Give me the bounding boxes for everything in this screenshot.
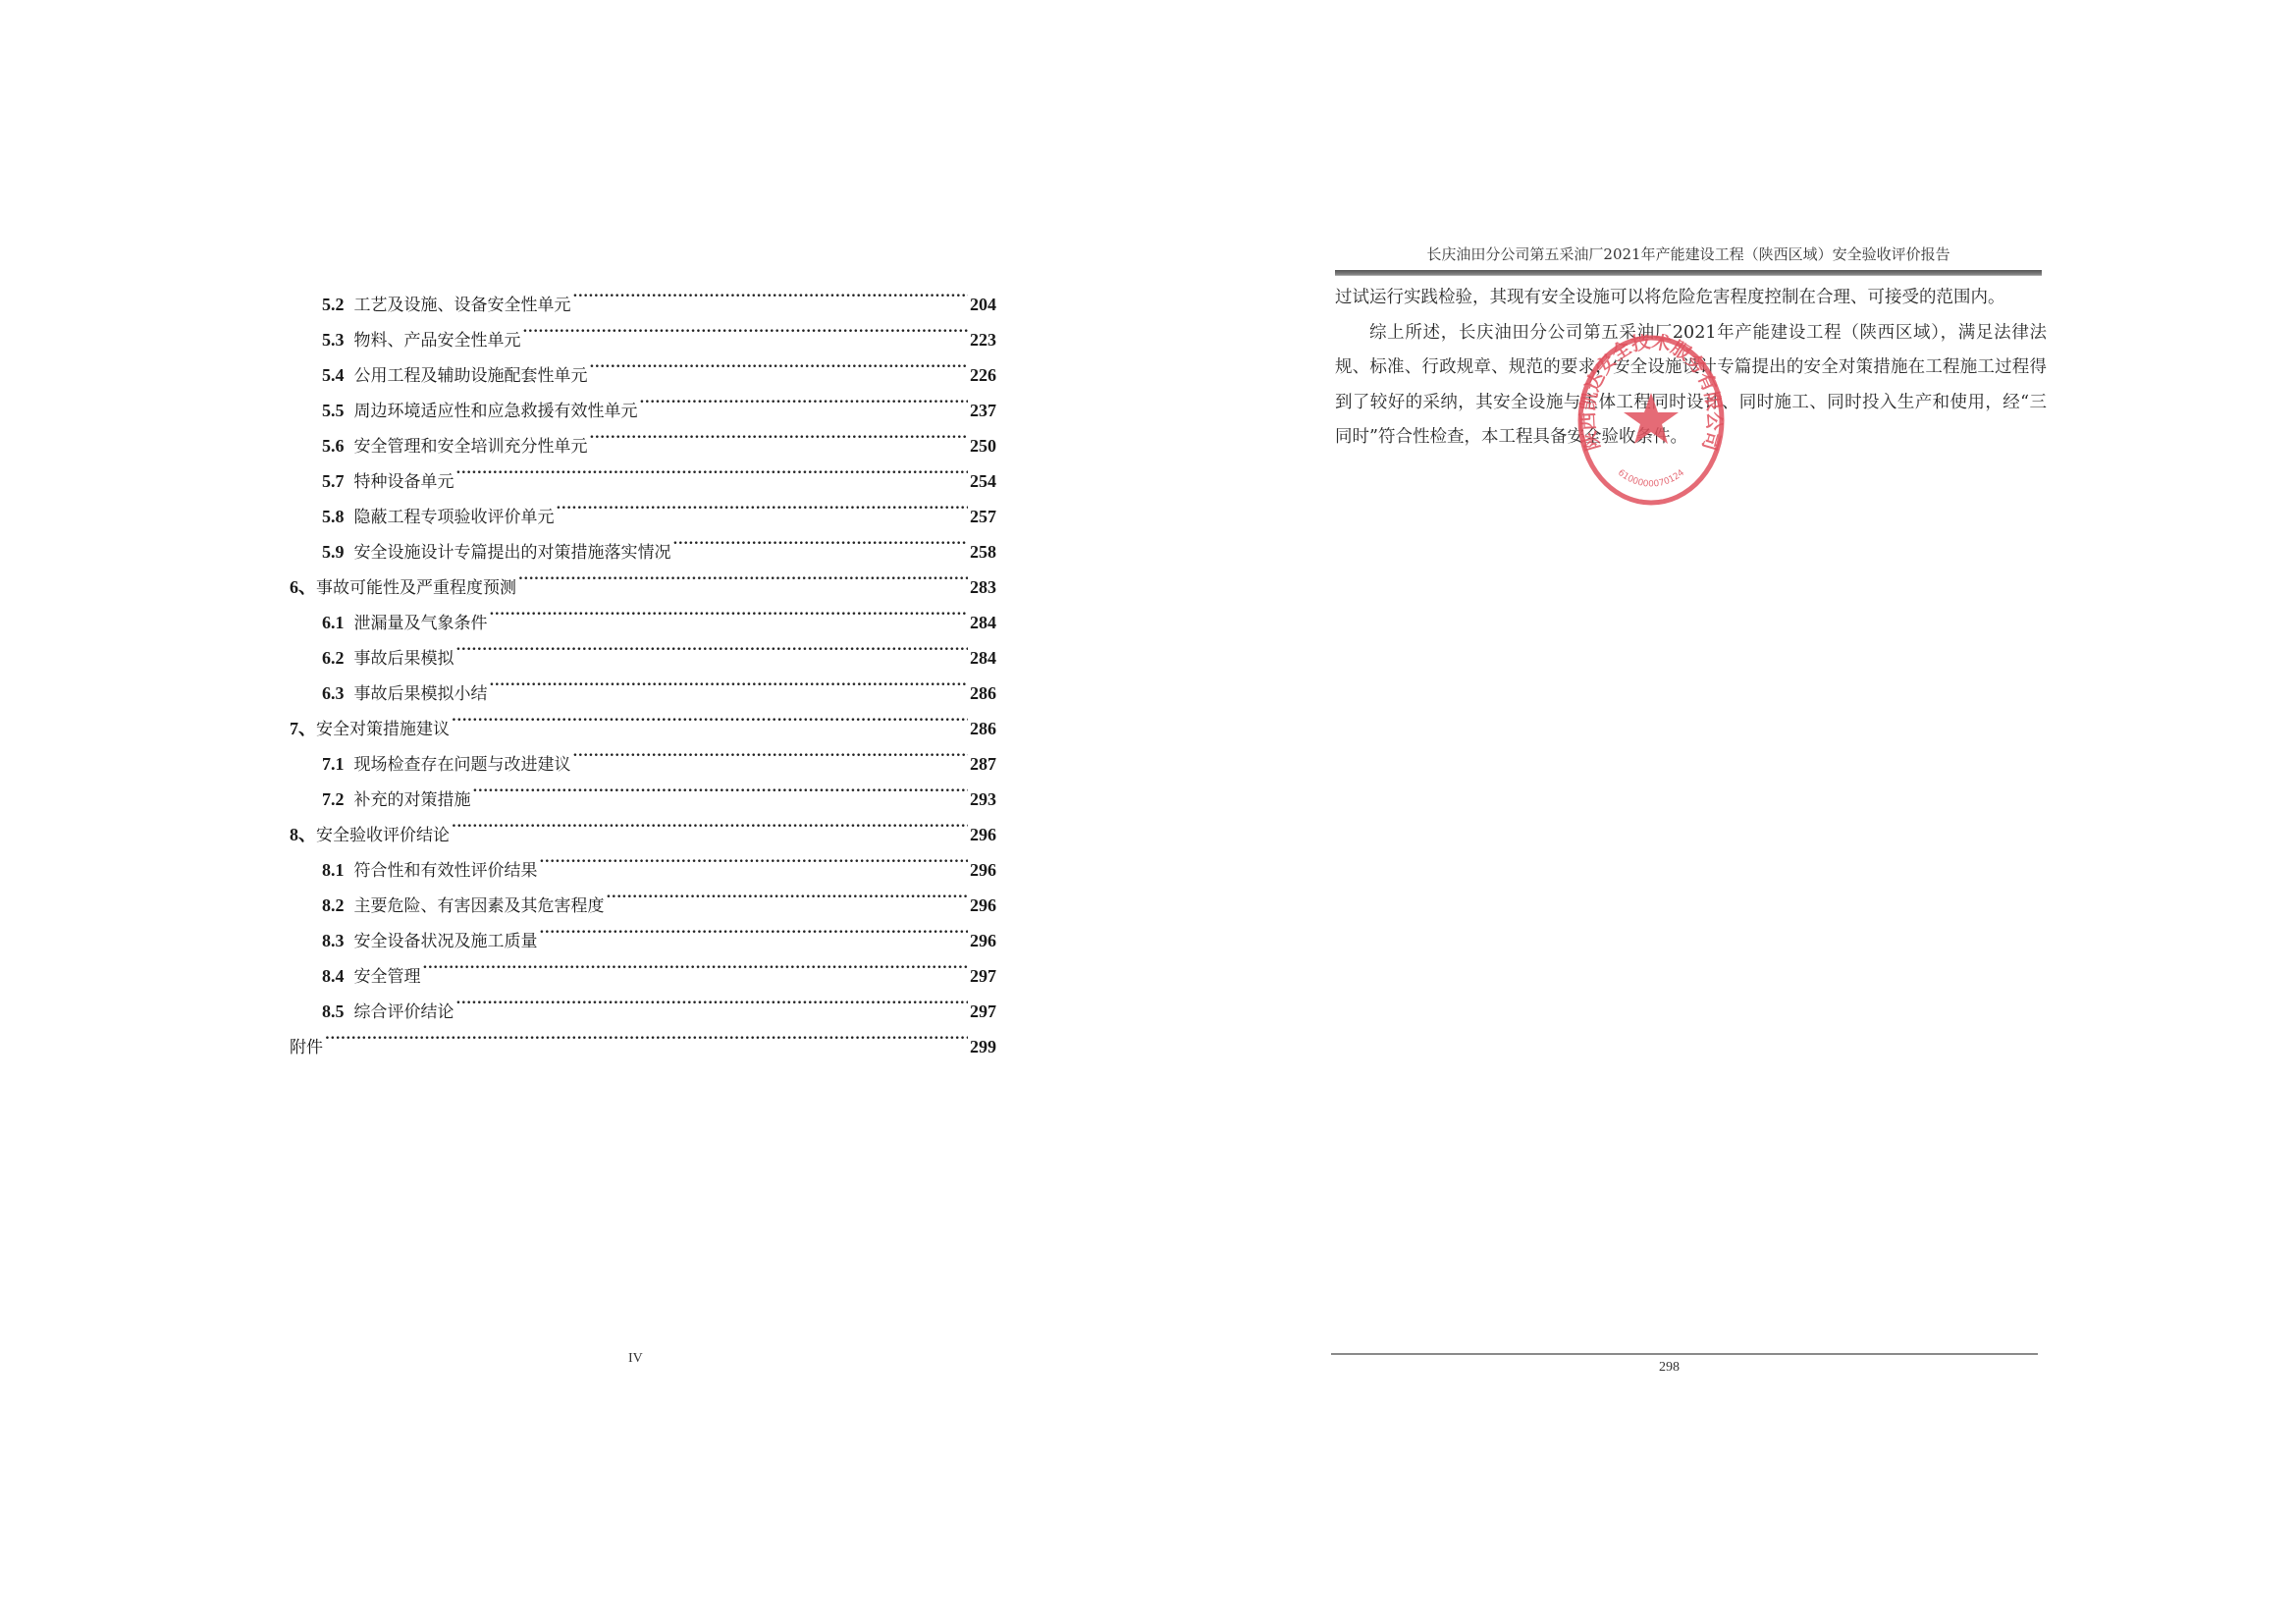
toc-entry-title: 安全对策措施建议 (316, 712, 450, 747)
toc-entry-number: 5.8 (322, 499, 345, 534)
toc-entry-title: 隐蔽工程专项验收评价单元 (354, 500, 555, 535)
toc-dot-leader (590, 416, 969, 452)
toc-entry-number: 8.3 (322, 923, 345, 958)
toc-dot-leader (590, 346, 969, 381)
toc-dot-leader (490, 593, 969, 628)
toc-entry-page: 296 (970, 888, 996, 923)
page-number-right: 298 (1659, 1360, 1680, 1376)
toc-dot-leader (523, 310, 969, 346)
toc-entry-number: 5.9 (322, 534, 345, 569)
toc-entry-page: 286 (970, 676, 996, 711)
toc-entry-number: 5.3 (322, 322, 345, 357)
toc-dot-leader (573, 734, 969, 770)
left-page: 5.2工艺及设施、设备安全性单元2045.3物料、产品安全性单元2235.4公用… (0, 0, 1148, 1624)
toc-entry-number: 6.2 (322, 640, 345, 676)
toc-entry[interactable]: 5.2工艺及设施、设备安全性单元204 (290, 275, 996, 310)
toc-entry-page: 226 (970, 357, 996, 393)
toc-dot-leader (473, 770, 969, 805)
toc-entry-page: 223 (970, 322, 996, 357)
toc-entry-title: 事故后果模拟 (354, 641, 454, 677)
toc-dot-leader (490, 664, 969, 699)
toc-entry-page: 204 (970, 287, 996, 322)
toc-dot-leader (456, 452, 969, 487)
toc-entry-number: 8.1 (322, 852, 345, 888)
toc-entry-page: 297 (970, 958, 996, 994)
star-icon (1624, 393, 1679, 444)
table-of-contents: 5.2工艺及设施、设备安全性单元2045.3物料、产品安全性单元2235.4公用… (290, 275, 996, 1053)
toc-entry-page: 296 (970, 923, 996, 958)
toc-entry-page: 293 (970, 782, 996, 817)
seal-number: 6100000070124 (1616, 468, 1686, 490)
toc-entry-number: 7.2 (322, 782, 345, 817)
toc-entry-page: 254 (970, 463, 996, 499)
toc-entry-page: 287 (970, 746, 996, 782)
toc-entry-number: 7、 (290, 711, 316, 746)
toc-entry-title: 物料、产品安全性单元 (354, 323, 521, 358)
toc-dot-leader (325, 1017, 968, 1053)
toc-entry-number: 5.7 (322, 463, 345, 499)
toc-dot-leader (456, 628, 969, 664)
footer-rule (1331, 1353, 2038, 1355)
toc-entry-number: 5.2 (322, 287, 345, 322)
toc-entry-page: 283 (970, 569, 996, 605)
toc-entry-title: 安全验收评价结论 (316, 818, 450, 853)
toc-dot-leader (573, 275, 969, 310)
toc-entry-title: 特种设备单元 (354, 464, 454, 500)
toc-entry-page: 296 (970, 852, 996, 888)
toc-entry-title: 符合性和有效性评价结果 (354, 853, 538, 889)
header-rule (1335, 270, 2042, 276)
toc-entry-page: 258 (970, 534, 996, 569)
toc-entry-page: 257 (970, 499, 996, 534)
toc-entry-page: 284 (970, 640, 996, 676)
toc-entry-page: 237 (970, 393, 996, 428)
toc-entry-number: 6.1 (322, 605, 345, 640)
toc-entry-title: 事故可能性及严重程度预测 (316, 570, 516, 606)
toc-entry-page: 250 (970, 428, 996, 463)
toc-entry-number: 7.1 (322, 746, 345, 782)
toc-entry-number: 8.2 (322, 888, 345, 923)
toc-entry-page: 296 (970, 817, 996, 852)
toc-dot-leader (540, 840, 969, 876)
toc-entry-number: 5.4 (322, 357, 345, 393)
toc-entry-page: 284 (970, 605, 996, 640)
page-number-left: IV (628, 1351, 643, 1367)
toc-entry-page: 297 (970, 994, 996, 1029)
toc-entry-number: 5.5 (322, 393, 345, 428)
running-header: 长庆油田分公司第五采油厂2021年产能建设工程（陕西区域）安全验收评价报告 (1335, 244, 2042, 264)
toc-dot-leader (673, 522, 969, 558)
toc-dot-leader (557, 487, 969, 522)
right-page: 长庆油田分公司第五采油厂2021年产能建设工程（陕西区域）安全验收评价报告 过试… (1148, 0, 2296, 1624)
toc-entry-page: 299 (970, 1029, 996, 1064)
company-seal-stamp: 陕西凯达安全技术服务有限公司 6100000070124 (1576, 334, 1726, 507)
toc-entry-number: 6、 (290, 569, 316, 605)
body-paragraph: 过试运行实践检验，其现有安全设施可以将危险危害程度控制在合理、可接受的范围内。 (1335, 281, 2047, 316)
toc-entry-number: 8.4 (322, 958, 345, 994)
toc-dot-leader (456, 982, 969, 1017)
toc-entry-page: 286 (970, 711, 996, 746)
toc-dot-leader (423, 947, 969, 982)
toc-dot-leader (452, 699, 968, 734)
toc-entry-title: 公用工程及辅助设施配套性单元 (354, 358, 588, 394)
toc-entry[interactable]: 附件299 (290, 1017, 996, 1053)
toc-entry-title: 安全管理 (354, 959, 421, 995)
toc-dot-leader (518, 558, 968, 593)
toc-dot-leader (540, 911, 969, 947)
toc-entry-number: 6.3 (322, 676, 345, 711)
toc-entry-title: 附件 (290, 1030, 323, 1065)
toc-entry-number: 8、 (290, 817, 316, 852)
toc-dot-leader (607, 876, 969, 911)
toc-entry-number: 5.6 (322, 428, 345, 463)
toc-dot-leader (640, 381, 969, 416)
seal-company-name: 陕西凯达安全技术服务有限公司 (1576, 334, 1725, 453)
toc-dot-leader (452, 805, 968, 840)
